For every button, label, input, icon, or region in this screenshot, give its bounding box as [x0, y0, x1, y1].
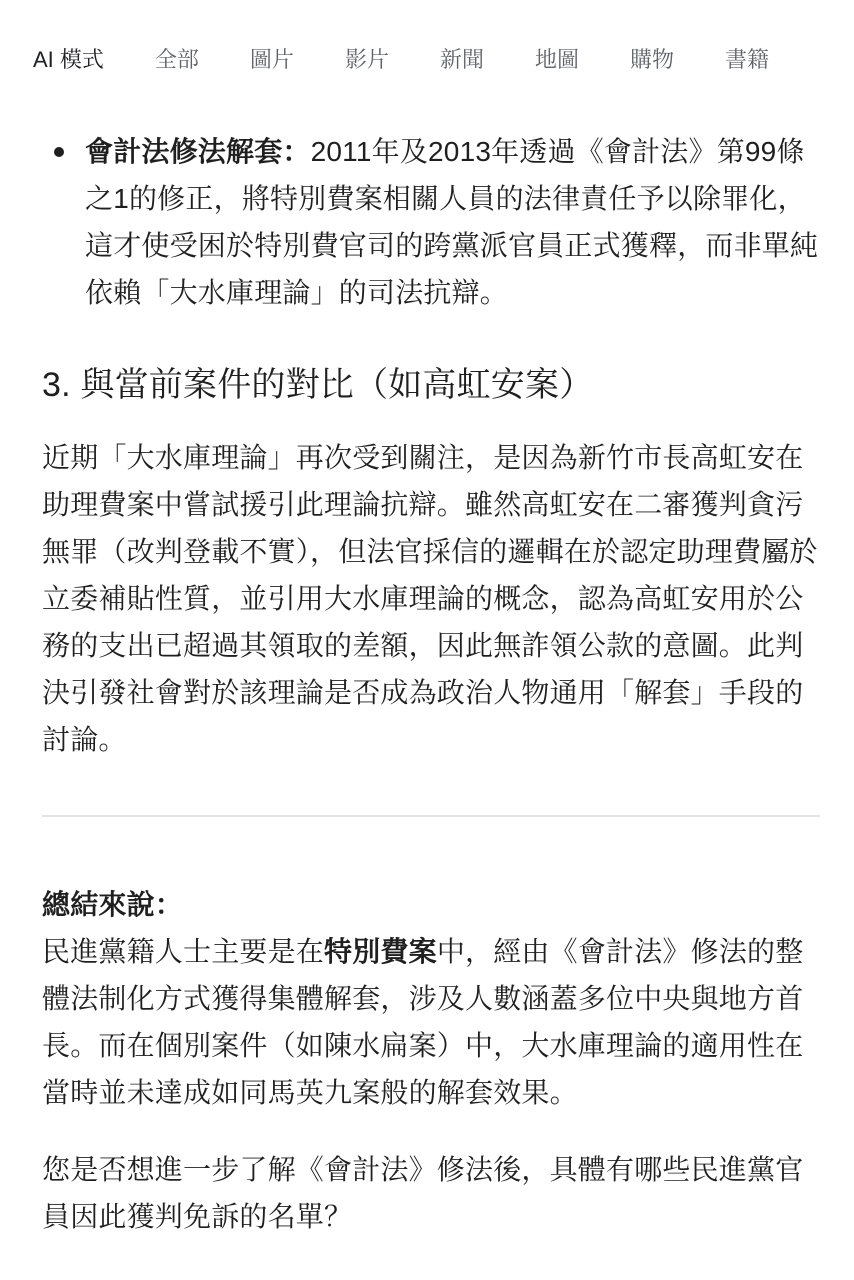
followup-question: 您是否想進一步了解《會計法》修法後，具體有哪些民進黨官員因此獲判免訴的名單？: [42, 1146, 820, 1240]
bullet-list: 會計法修法解套：2011年及2013年透過《會計法》第99條之1的修正，將特別費…: [42, 128, 820, 316]
tab-news[interactable]: 新聞: [440, 46, 484, 73]
section-divider: [42, 815, 820, 817]
tab-ai-mode[interactable]: AI 模式: [33, 46, 104, 73]
ai-answer-content: 會計法修法解套：2011年及2013年透過《會計法》第99條之1的修正，將特別費…: [0, 128, 854, 1276]
search-tabs: AI 模式 全部 圖片 影片 新聞 地圖 購物 書籍: [0, 0, 854, 73]
tab-all[interactable]: 全部: [155, 46, 199, 73]
summary-label: 總結來說：: [42, 889, 183, 920]
list-item: 會計法修法解套：2011年及2013年透過《會計法》第99條之1的修正，將特別費…: [42, 128, 820, 316]
summary-block: 總結來說：民進黨籍人士主要是在特別費案中，經由《會計法》修法的整體法制化方式獲得…: [42, 881, 820, 1116]
tab-maps[interactable]: 地圖: [535, 46, 579, 73]
tab-shopping[interactable]: 購物: [630, 46, 674, 73]
section-heading: 3. 與當前案件的對比（如高虹安案）: [42, 362, 820, 408]
summary-bold-term: 特別費案: [324, 936, 437, 967]
paragraph-comparison: 近期「大水庫理論」再次受到關注，是因為新竹市長高虹安在助理費案中嘗試援引此理論抗…: [42, 434, 820, 763]
tab-books[interactable]: 書籍: [725, 46, 769, 73]
search-results-page: AI 模式 全部 圖片 影片 新聞 地圖 購物 書籍 會計法修法解套：2011年…: [0, 0, 854, 1276]
bullet-dot-icon: [54, 147, 64, 157]
tab-images[interactable]: 圖片: [250, 46, 294, 73]
bullet-term: 會計法修法解套：: [85, 136, 311, 167]
summary-text-part1: 民進黨籍人士主要是在: [42, 936, 324, 967]
tab-videos[interactable]: 影片: [345, 46, 389, 73]
bullet-content: 會計法修法解套：2011年及2013年透過《會計法》第99條之1的修正，將特別費…: [85, 128, 820, 316]
